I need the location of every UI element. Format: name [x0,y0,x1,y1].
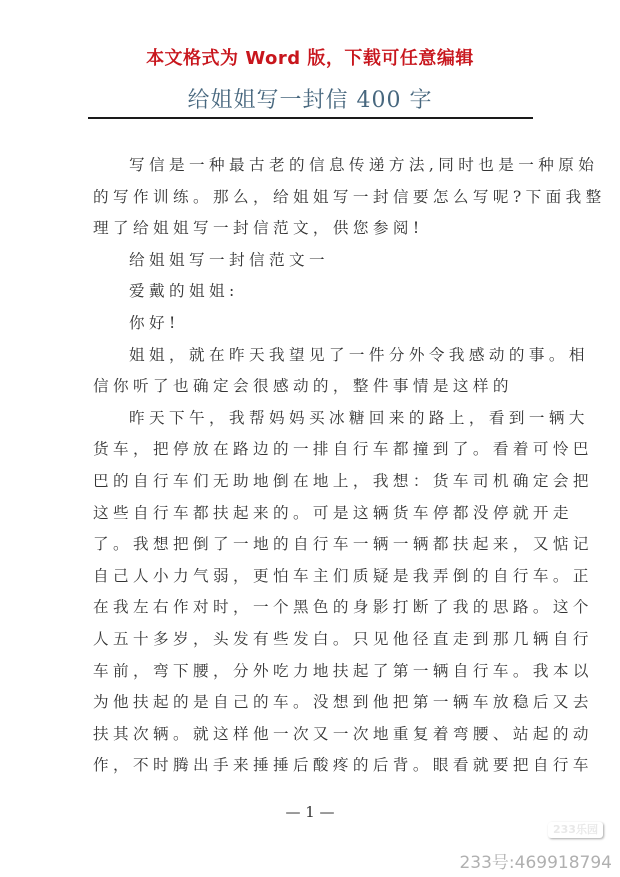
document-body: 写信是一种最古老的信息传递方法,同时也是一种原始 的写作训练。那么，给姐姐写一封… [93,150,529,782]
section-heading: 给姐姐写一封信范文一 [93,245,529,277]
body-line: 车前，弯下腰，分外吃力地扶起了第一辆自行车。我本以 [93,656,529,688]
letter-salutation: 爱戴的姐姐: [93,276,529,308]
body-line: 昨天下午，我帮妈妈买冰糖回来的路上，看到一辆大 [93,403,529,435]
document-title: 给姐姐写一封信 400 字 [0,83,620,114]
watermark-badge: 233乐园 [548,822,603,838]
letter-greeting: 你好! [93,308,529,340]
download-notice-banner: 本文格式为 Word 版，下载可任意编辑 [0,44,620,70]
header-divider [88,117,533,119]
body-line: 理了给姐姐写一封信范文，供您参阅! [93,213,529,245]
body-line: 人五十多岁，头发有些发白。只见他径直走到那几辆自行 [93,624,529,656]
body-line: 这些自行车都扶起来的。可是这辆货车停都没停就开走 [93,498,529,530]
watermark-id: 233号:469918794 [450,848,612,873]
body-line: 自己人小力气弱，更怕车主们质疑是我弄倒的自行车。正 [93,561,529,593]
body-line: 姐姐，就在昨天我望见了一件分外令我感动的事。相 [93,340,529,372]
body-line: 的写作训练。那么，给姐姐写一封信要怎么写呢?下面我整 [93,182,529,214]
page-number: — 1 — [0,803,620,821]
body-line: 了。我想把倒了一地的自行车一辆一辆都扶起来，又惦记 [93,529,529,561]
body-line: 写信是一种最古老的信息传递方法,同时也是一种原始 [93,150,529,182]
body-line: 货车，把停放在路边的一排自行车都撞到了。看着可怜巴 [93,434,529,466]
body-line: 巴的自行车们无助地倒在地上，我想：货车司机确定会把 [93,466,529,498]
body-line: 作，不时腾出手来捶捶后酸疼的后背。眼看就要把自行车 [93,750,529,782]
body-line: 为他扶起的是自己的车。没想到他把第一辆车放稳后又去 [93,687,529,719]
body-line: 信你听了也确定会很感动的，整件事情是这样的 [93,371,529,403]
body-line: 扶其次辆。就这样他一次又一次地重复着弯腰、站起的动 [93,719,529,751]
body-line: 在我左右作对时，一个黑色的身影打断了我的思路。这个 [93,592,529,624]
